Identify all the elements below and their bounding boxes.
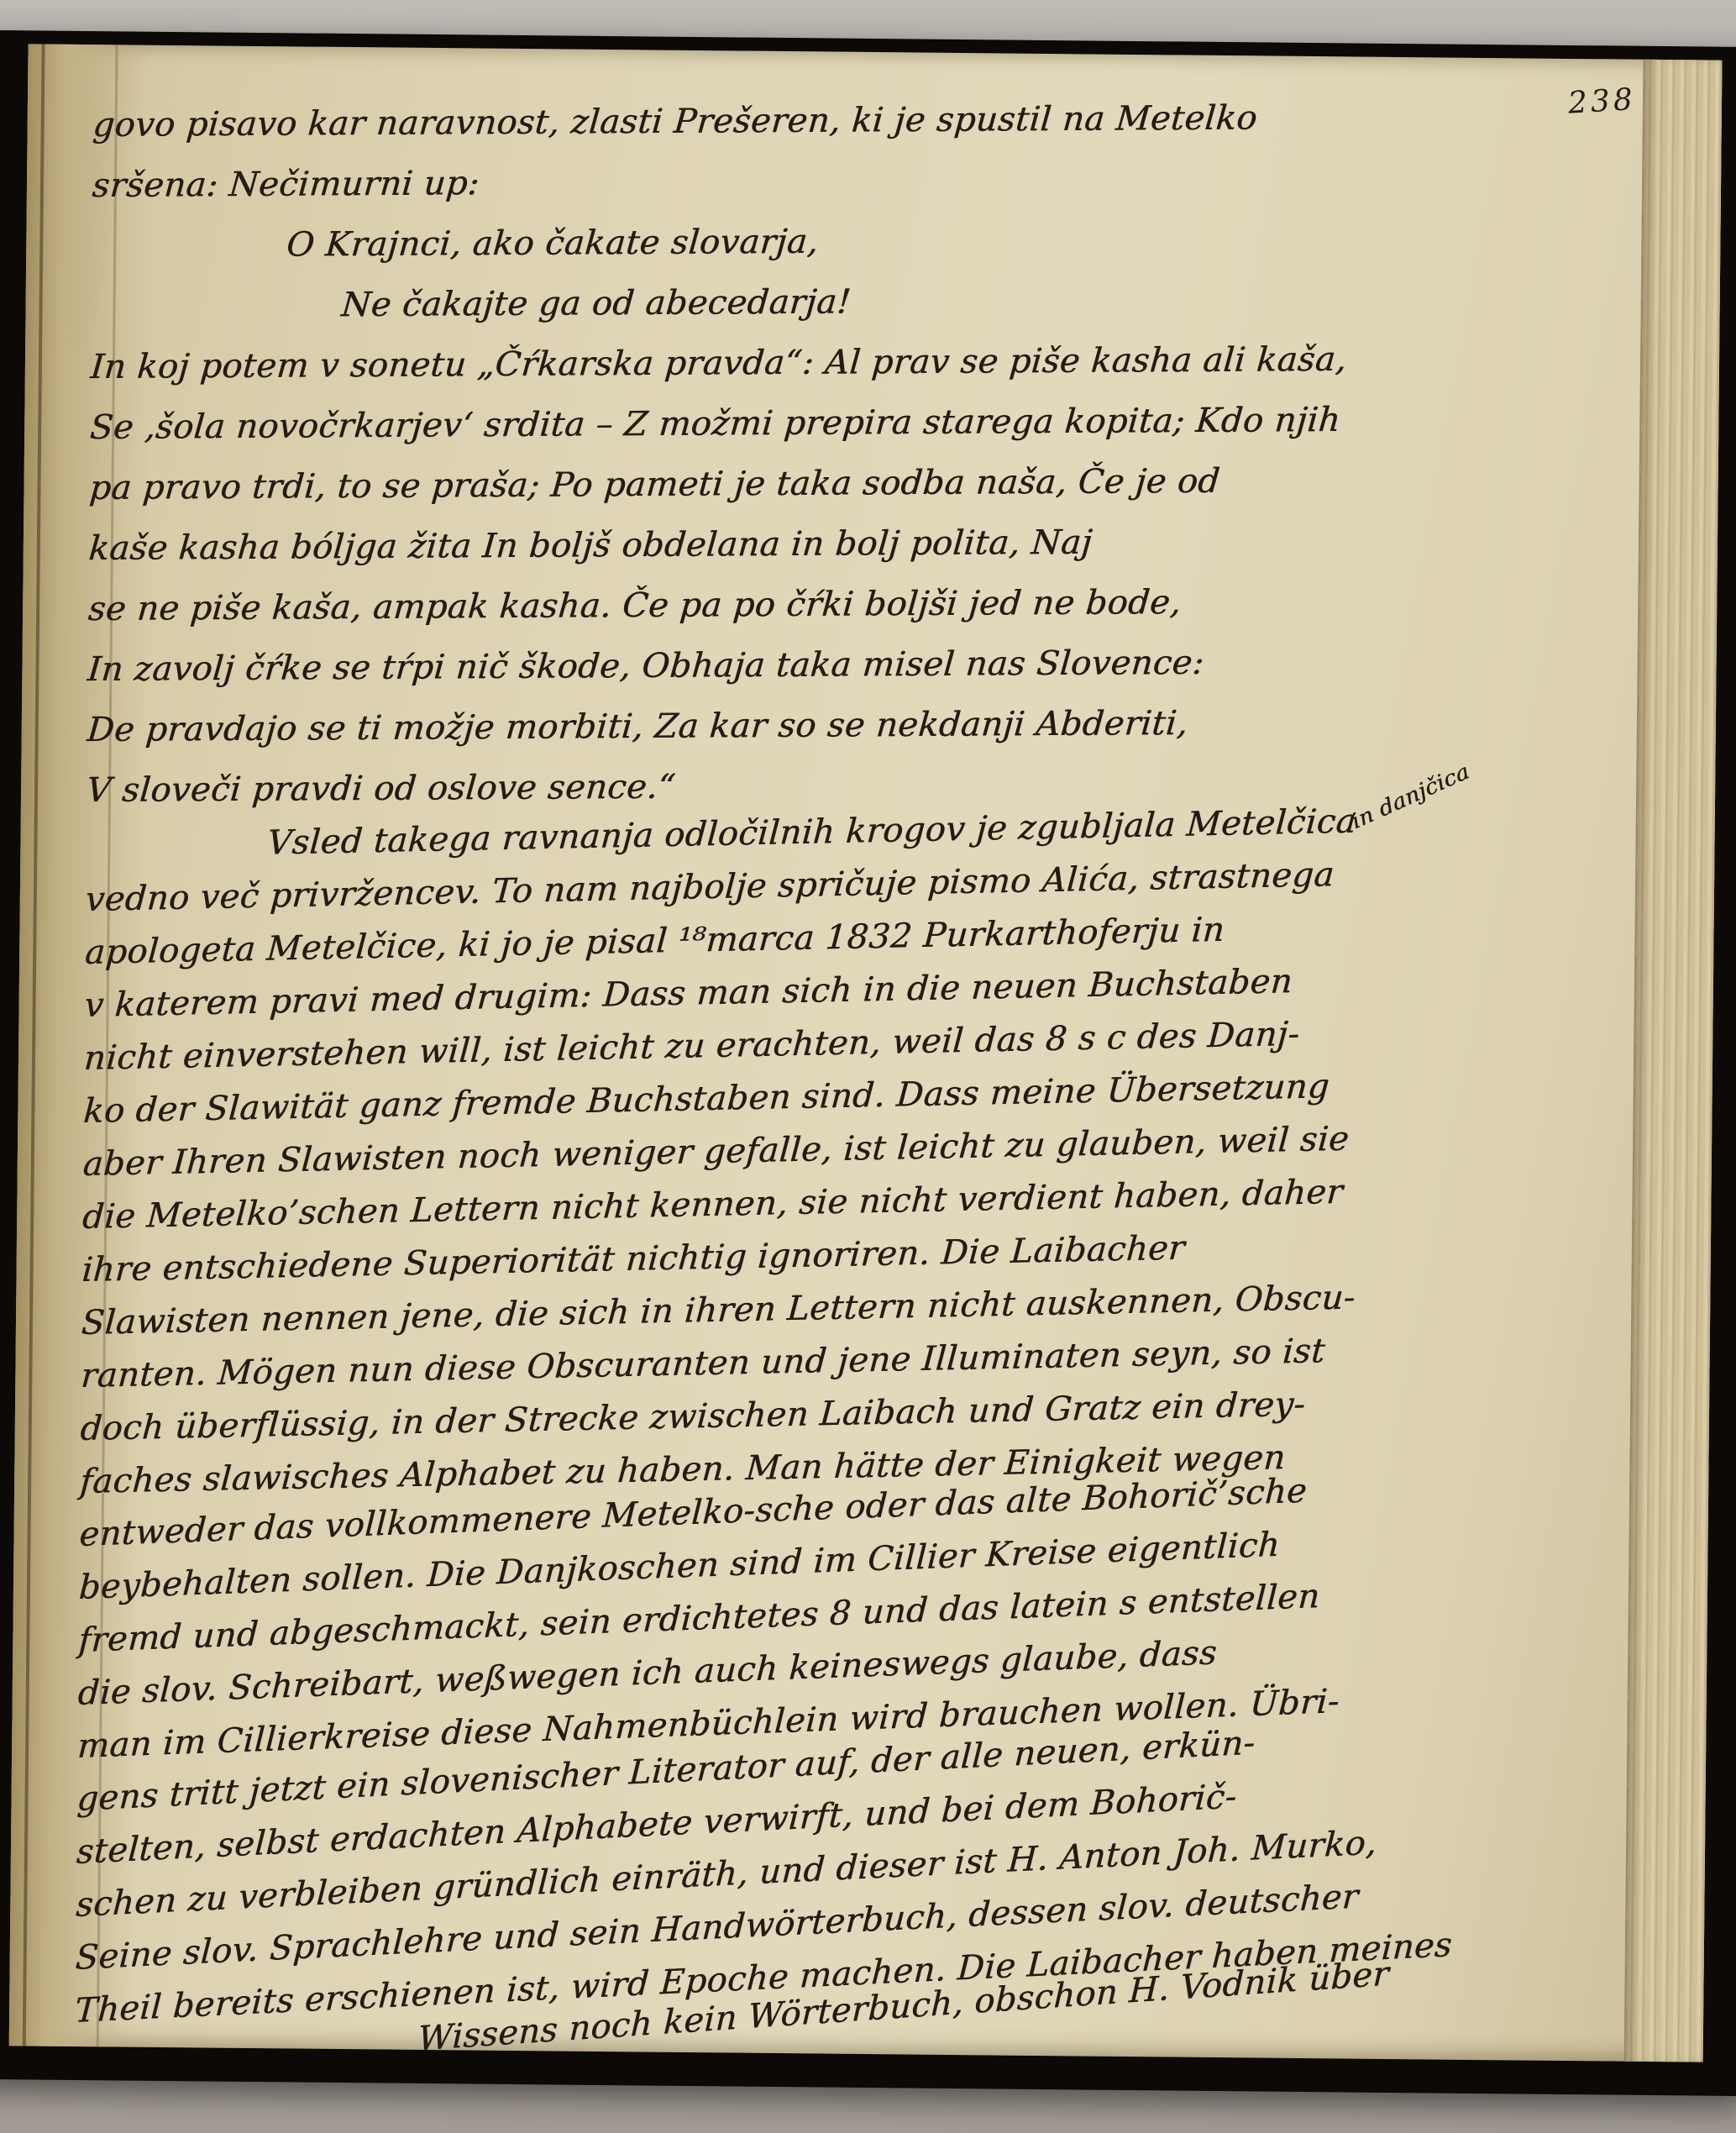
manuscript-line: se ne piše kaša, ampak kasha. Če pa po č… <box>86 570 1622 639</box>
manuscript-line: kaše kasha bóljga žita In boljš obdelana… <box>87 509 1623 579</box>
book-cover: 238 govo pisavo kar naravnost, zlasti Pr… <box>0 30 1736 2096</box>
gutter-fold-line <box>23 44 45 2046</box>
manuscript-line: sršena: Nečimurni up: <box>90 146 1626 216</box>
manuscript-line-verse: O Krajnci, ako čakate slovarja, <box>89 207 1625 276</box>
manuscript-lines: govo pisavo kar naravnost, zlasti Prešer… <box>74 95 1624 2101</box>
manuscript-line: De pravdajo se ti možje morbiti, Za kar … <box>85 691 1621 760</box>
manuscript-page: 238 govo pisavo kar naravnost, zlasti Pr… <box>9 44 1723 2062</box>
photo-background: 238 govo pisavo kar naravnost, zlasti Pr… <box>0 0 1736 2133</box>
manuscript-line: In zavolj čŕke se tŕpi nič škode, Obhaja… <box>86 630 1622 700</box>
manuscript-text: 238 govo pisavo kar naravnost, zlasti Pr… <box>75 58 1625 2052</box>
manuscript-line: govo pisavo kar naravnost, zlasti Prešer… <box>91 86 1627 155</box>
manuscript-line: Se ‚šola novočrkarjev‘ srdita – Z možmi … <box>87 388 1623 458</box>
manuscript-line-verse: Ne čakajte ga od abecedarja! <box>89 267 1625 337</box>
manuscript-line: pa pravo trdi, to se praša; Po pameti je… <box>87 449 1623 518</box>
page-fore-edge <box>1624 60 1723 2062</box>
manuscript-line: In koj potem v sonetu „Čŕkarska pravda“:… <box>88 328 1624 397</box>
